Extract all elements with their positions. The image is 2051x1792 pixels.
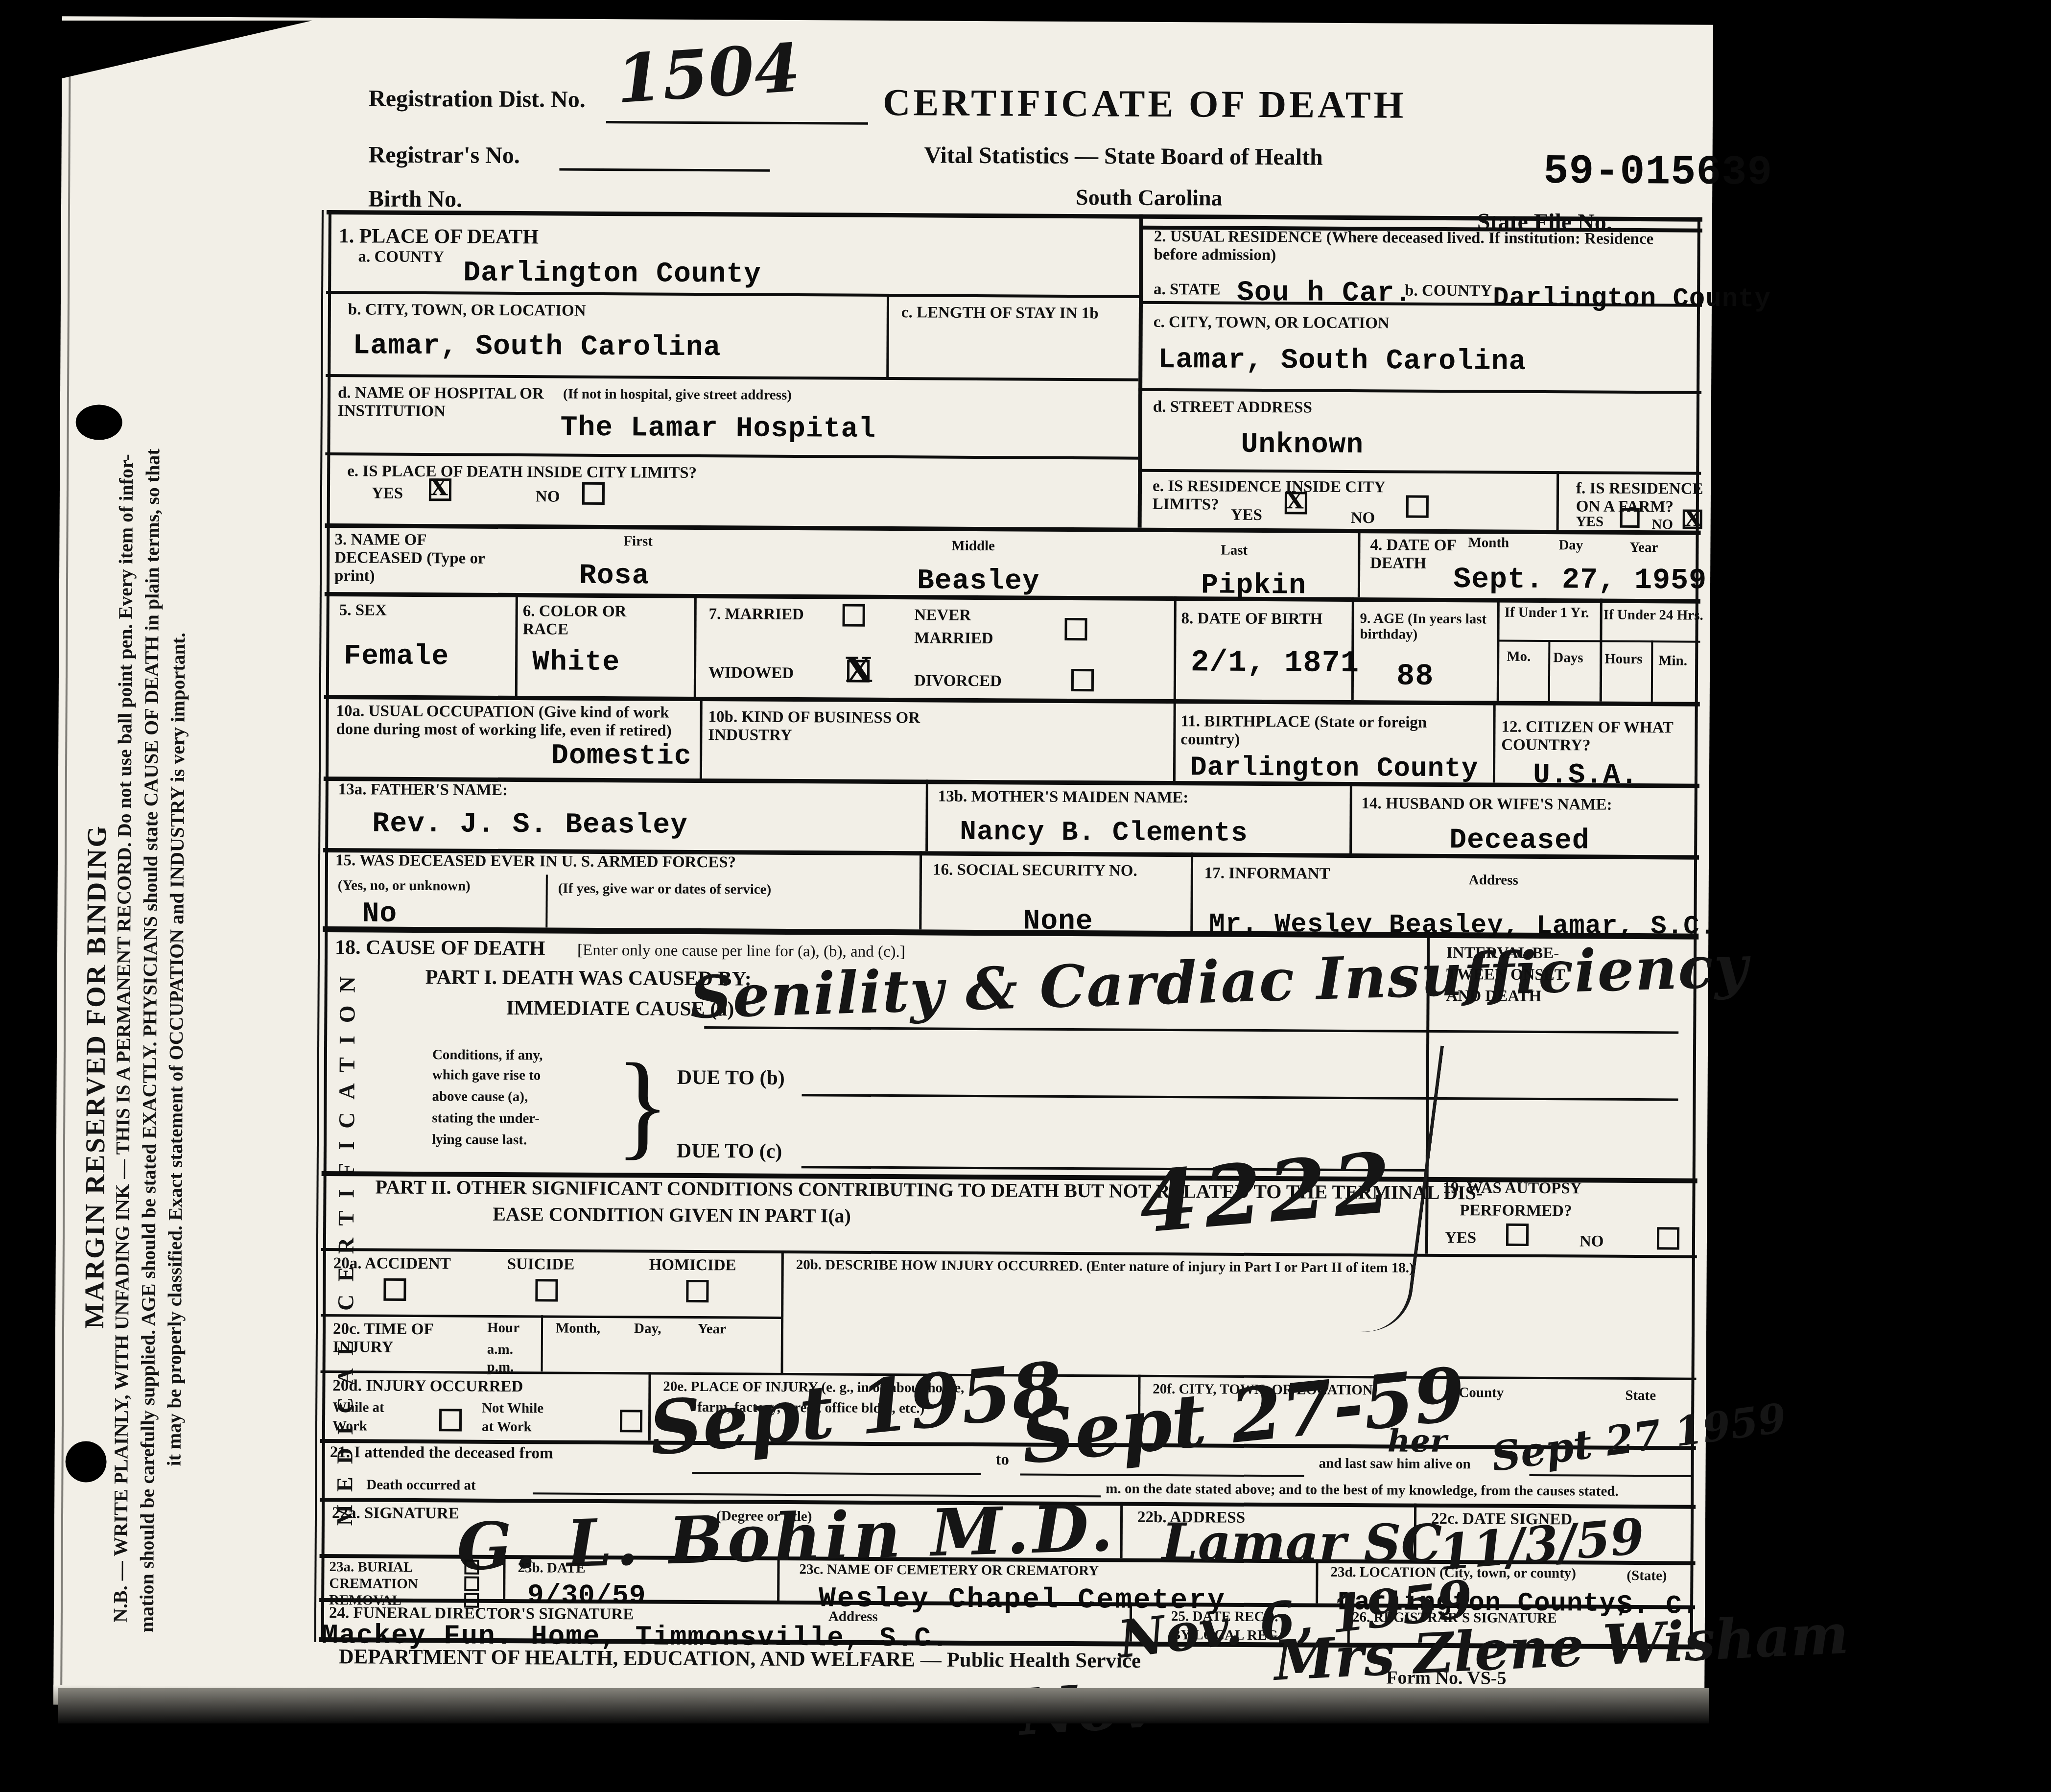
field-1-title: 1. PLACE OF DEATH — [339, 225, 539, 249]
field-1b-label: b. CITY, TOWN, OR LOCATION — [348, 301, 586, 320]
field-10b-label: 10b. KIND OF BUSINESS OR INDUSTRY — [708, 708, 982, 746]
checkbox-7-married — [843, 604, 865, 627]
grid-line — [1497, 598, 1500, 701]
field-8-value: 2/1, 1871 — [1191, 645, 1359, 681]
grid-line — [1600, 599, 1603, 702]
field-10a-value: Domestic — [551, 740, 692, 772]
field-4-day-label: Day — [1558, 537, 1583, 553]
due-b-underline — [802, 1094, 1678, 1101]
footer-department: DEPARTMENT OF HEALTH, EDUCATION, AND WEL… — [338, 1645, 1141, 1673]
checkbox-23a-cremation — [464, 1577, 479, 1591]
birth-no-label: Birth No. — [368, 186, 462, 212]
field-6-label: 6. COLOR OR RACE — [522, 602, 669, 639]
interval-label-3: AND DEATH — [1446, 987, 1542, 1006]
field-9-value: 88 — [1396, 659, 1434, 693]
grid-line — [886, 294, 889, 377]
field-7-never-label-2: MARRIED — [914, 629, 993, 648]
checkbox-20a-accident — [383, 1278, 406, 1301]
field-19-no-label: NO — [1580, 1232, 1604, 1250]
field-8-label: 8. DATE OF BIRTH — [1181, 610, 1323, 628]
grid-line — [326, 374, 1138, 381]
grid-line — [1173, 699, 1176, 781]
field-10a-label: 10a. USUAL OCCUPATION (Give kind of work… — [336, 702, 693, 740]
checkmark: X — [1286, 487, 1304, 514]
field-21-line1-part1: 21. I attended the deceased from — [330, 1443, 553, 1462]
field-20d-while-1: While at — [332, 1399, 384, 1415]
field-1d-value: The Lamar Hospital — [560, 412, 876, 446]
grid-line — [1120, 1502, 1123, 1558]
field-20f-county-label: County — [1459, 1385, 1504, 1401]
field-11-label: 11. BIRTHPLACE (State or foreign country… — [1180, 712, 1474, 750]
field-9-under24hrs-label: If Under 24 Hrs. — [1603, 607, 1703, 624]
field-22a-label: 22a. SIGNATURE — [332, 1504, 459, 1523]
grid-line — [1556, 471, 1559, 530]
field-2e-yes-label: YES — [1231, 506, 1262, 524]
field-17-label: 17. INFORMANT — [1204, 864, 1330, 883]
field-21-line2-part1: Death occurred at — [366, 1477, 476, 1493]
blank-underline — [559, 168, 770, 172]
grid-line — [545, 874, 548, 927]
field-1b-value: Lamar, South Carolina — [353, 330, 721, 364]
checkmark: X — [430, 474, 448, 500]
field-7-never-label-1: NEVER — [915, 606, 971, 625]
hole-punch — [65, 1441, 106, 1482]
field-9-days-label: Days — [1553, 650, 1583, 666]
grid-line — [694, 594, 697, 697]
field-3-label: 3. NAME OF DECEASED (Type or print) — [334, 531, 496, 586]
field-20c-hour-label: Hour — [487, 1320, 519, 1336]
grid-line — [325, 523, 1701, 535]
certificate-title: CERTIFICATE OF DEATH — [883, 81, 1407, 126]
footer-form-no: Form No. VS-5 — [1386, 1667, 1506, 1689]
grid-line — [515, 593, 518, 696]
field-4-year-label: Year — [1629, 540, 1658, 556]
field-2a-label: a. STATE — [1154, 281, 1221, 299]
field-20c-am-label: a.m. — [487, 1342, 513, 1358]
field-2e-no-label: NO — [1351, 509, 1375, 527]
checkbox-1e-yes: X — [429, 478, 451, 501]
field-2d-label: d. STREET ADDRESS — [1153, 398, 1312, 417]
field-21-line2-part2: m. on the date stated above; and to the … — [1106, 1481, 1619, 1499]
field-13a-value: Rev. J. S. Beasley — [372, 808, 688, 842]
field-15-note1: (Yes, no, or unknown) — [338, 877, 471, 894]
margin-note-1: N.B. — WRITE PLAINLY, WITH UNFADING INK … — [109, 454, 138, 1623]
field-1e-label: e. IS PLACE OF DEATH INSIDE CITY LIMITS? — [347, 462, 697, 482]
interval-label-1: INTERVAL BE- — [1446, 944, 1559, 963]
field-12-value: U.S.A. — [1533, 759, 1638, 792]
field-1e-no-label: NO — [536, 488, 560, 506]
field-2b-value: Darlington County — [1493, 283, 1771, 315]
checkbox-19-no — [1657, 1227, 1679, 1250]
field-2-title: 2. USUAL RESIDENCE (Where deceased lived… — [1154, 228, 1697, 267]
checkbox-20d-while — [439, 1409, 462, 1431]
checkmark: X — [1684, 505, 1702, 532]
field-9-under1yr-label: If Under 1 Yr. — [1505, 605, 1589, 621]
field-14-label: 14. HUSBAND OR WIFE'S NAME: — [1362, 795, 1612, 814]
grid-line — [1138, 469, 1701, 475]
binding-margin-note: MARGIN RESERVED FOR BINDING — [79, 825, 113, 1329]
field-13a-label: 13a. FATHER'S NAME: — [338, 780, 508, 800]
field-2f-yes-label: YES — [1576, 514, 1604, 530]
grid-line — [1497, 640, 1700, 643]
checkbox-2e-yes: X — [1285, 492, 1307, 514]
field-20a-suicide-label: SUICIDE — [507, 1255, 575, 1274]
field-15-note2: (If yes, give war or dates of service) — [558, 881, 772, 898]
field-9-label: 9. AGE (In years last birthday) — [1360, 611, 1492, 643]
grid-line — [1548, 640, 1551, 701]
field-20c-month-label: Month, — [556, 1320, 600, 1337]
field-1a-label: a. COUNTY — [358, 248, 444, 266]
grid-line — [1358, 529, 1361, 597]
interval-label-2: TWEEN ONSET — [1446, 966, 1565, 984]
field-18-conditions-note-3: above cause (a), — [432, 1088, 528, 1105]
checkbox-20a-homicide — [686, 1280, 708, 1302]
field-13b-value: Nancy B. Clements — [960, 816, 1248, 849]
field-1c-label: c. LENGTH OF STAY IN 1b — [901, 304, 1112, 323]
field-7-married-label: 7. MARRIED — [709, 605, 804, 624]
field-3-last-value: Pipkin — [1201, 569, 1306, 602]
field-18-conditions-note-4: stating the under- — [432, 1110, 540, 1127]
field-3-last-label: Last — [1221, 542, 1248, 559]
field-19-label-2: PERFORMED? — [1460, 1202, 1572, 1220]
field-16-value: None — [1023, 905, 1093, 938]
field-20d-label: 20d. INJURY OCCURRED — [332, 1377, 523, 1396]
checkbox-1e-no — [582, 482, 605, 505]
grid-line — [700, 697, 703, 778]
margin-note-3: it may be properly classified. Exact sta… — [163, 633, 190, 1466]
field-1a-value: Darlington County — [463, 257, 761, 290]
checkbox-23a-burial — [464, 1560, 479, 1575]
checkbox-2e-no — [1406, 495, 1429, 518]
field-12-label: 12. CITIZEN OF WHAT COUNTRY? — [1501, 718, 1697, 755]
death-certificate-scan: MARGIN RESERVED FOR BINDING N.B. — WRITE… — [53, 16, 1713, 1713]
cause-a-underline — [704, 1026, 1678, 1034]
field-21-lastseen-value: Sept 27 1959 — [1488, 1394, 1789, 1481]
field-18-part2-value: 4222 — [1135, 1133, 1402, 1252]
field-20c-label: 20c. TIME OF INJURY — [333, 1320, 480, 1357]
grid-line — [1138, 214, 1143, 528]
blank-underline — [692, 1472, 981, 1475]
field-3-first-value: Rosa — [579, 560, 650, 592]
field-20b-label: 20b. DESCRIBE HOW INJURY OCCURRED. (Ente… — [796, 1257, 1414, 1276]
field-21-her-value: her — [1388, 1422, 1447, 1460]
checkbox-20d-notwhile — [620, 1410, 642, 1432]
grid-line — [1190, 852, 1193, 931]
grid-line — [325, 452, 1138, 460]
checkbox-7-widowed: X — [847, 660, 870, 683]
scan-bottom-shadow — [58, 1688, 1709, 1723]
field-7-widowed-label: WIDOWED — [708, 664, 794, 683]
field-2b-label: b. COUNTY — [1405, 282, 1492, 301]
field-5-label: 5. SEX — [339, 601, 387, 619]
field-20c-year-label: Year — [698, 1321, 726, 1337]
grid-line — [781, 1250, 784, 1373]
grid-line — [925, 779, 928, 851]
grid-line — [326, 291, 1139, 298]
checkmark: X — [846, 650, 872, 690]
field-14-value: Deceased — [1449, 825, 1590, 857]
field-23a-label-1: 23a. BURIAL — [329, 1559, 413, 1575]
field-18b-label: DUE TO (b) — [677, 1066, 785, 1090]
grid-line — [1174, 596, 1177, 699]
blank-underline — [1529, 1474, 1693, 1477]
margin-note-2: mation should be carefully supplied. AGE… — [135, 448, 165, 1632]
field-2d-value: Unknown — [1241, 429, 1364, 461]
field-18-conditions-note-2: which gave rise to — [432, 1067, 541, 1084]
field-18-title: 18. CAUSE OF DEATH — [335, 936, 545, 960]
field-2a-value: Sou h Car. — [1237, 277, 1412, 310]
registration-dist-value: 1504 — [614, 28, 802, 118]
field-3-middle-label: Middle — [951, 538, 995, 554]
checkbox-19-yes — [1506, 1224, 1529, 1246]
grid-line — [321, 1314, 781, 1319]
field-4-value: Sept. 27, 1959 — [1453, 563, 1707, 598]
field-20d-notwhile-1: Not While — [482, 1400, 543, 1416]
field-1e-yes-label: YES — [372, 485, 403, 503]
field-2f-no-label: NO — [1652, 517, 1674, 533]
field-9-hours-label: Hours — [1604, 651, 1643, 667]
checkbox-20a-suicide — [535, 1279, 558, 1301]
certificate-subtitle: Vital Statistics — State Board of Health — [924, 142, 1322, 170]
field-20c-pm-label: p.m. — [487, 1359, 514, 1375]
field-21-to-label: to — [996, 1451, 1010, 1469]
paper-edge-line — [60, 55, 71, 1691]
field-7-divorced-label: DIVORCED — [914, 672, 1002, 690]
state-file-value: 59-015639 — [1543, 148, 1773, 196]
field-20f-state-label: State — [1625, 1388, 1656, 1404]
field-23c-label: 23c. NAME OF CEMETERY OR CREMATORY — [799, 1561, 1099, 1579]
blank-underline — [606, 121, 868, 125]
grid-line — [1651, 640, 1653, 702]
field-2c-value: Lamar, South Carolina — [1158, 344, 1526, 378]
field-9-min-label: Min. — [1658, 653, 1687, 669]
field-23d-state-note: (State) — [1627, 1568, 1667, 1584]
conditions-bracket: } — [615, 1038, 670, 1171]
field-1d-note: (If not in hospital, give street address… — [563, 386, 792, 403]
field-3-middle-value: Beasley — [917, 565, 1040, 597]
field-9-mo-label: Mo. — [1507, 649, 1531, 665]
field-19-label-1: 19. WAS AUTOPSY — [1442, 1179, 1581, 1198]
field-6-value: White — [532, 646, 620, 679]
field-20d-while-2: Work — [332, 1418, 367, 1434]
checkbox-2f-yes — [1620, 508, 1640, 528]
field-18c-label: DUE TO (c) — [677, 1140, 782, 1163]
certificate-state: South Carolina — [1076, 185, 1223, 211]
field-18-part2-line2: EASE CONDITION GIVEN IN PART I(a) — [493, 1203, 851, 1227]
field-17-address-label: Address — [1469, 872, 1518, 888]
field-16-label: 16. SOCIAL SECURITY NO. — [933, 861, 1137, 880]
checkbox-7-divorced — [1071, 669, 1094, 691]
field-4-month-label: Month — [1468, 535, 1509, 551]
checkbox-7-never-married — [1064, 618, 1087, 640]
grid-line — [919, 851, 922, 929]
field-23a-label-2: CREMATION — [329, 1576, 418, 1592]
field-5-value: Female — [344, 640, 449, 673]
field-15-label: 15. WAS DECEASED EVER IN U. S. ARMED FOR… — [335, 851, 736, 872]
checkbox-2f-no: X — [1683, 510, 1702, 529]
field-11-value: Darlington County — [1190, 752, 1479, 784]
field-23b-label: 23b. DATE — [518, 1560, 585, 1576]
grid-line — [1349, 782, 1352, 853]
field-20a-homicide-label: HOMICIDE — [649, 1256, 736, 1275]
grid-line — [1138, 388, 1701, 394]
registration-dist-label: Registration Dist. No. — [369, 85, 586, 113]
grid-line — [541, 1315, 543, 1371]
field-13b-label: 13b. MOTHER'S MAIDEN NAME: — [938, 788, 1189, 807]
field-15-value: No — [362, 898, 397, 930]
registrar-no-label: Registrar's No. — [368, 141, 520, 168]
field-18-conditions-note-1: Conditions, if any, — [432, 1045, 543, 1064]
field-3-first-label: First — [623, 533, 653, 549]
field-2c-label: c. CITY, TOWN, OR LOCATION — [1154, 313, 1390, 332]
field-20a-accident-label: 20a. ACCIDENT — [333, 1254, 451, 1273]
field-18-conditions-note-5: lying cause last. — [432, 1132, 527, 1148]
grid-line — [1493, 701, 1496, 783]
hole-punch — [76, 404, 122, 440]
field-20c-day-label: Day, — [634, 1320, 661, 1337]
field-19-yes-label: YES — [1445, 1229, 1476, 1247]
field-20d-notwhile-2: at Work — [482, 1419, 532, 1435]
field-1d-label: d. NAME OF HOSPITAL OR INSTITUTION — [338, 384, 548, 421]
